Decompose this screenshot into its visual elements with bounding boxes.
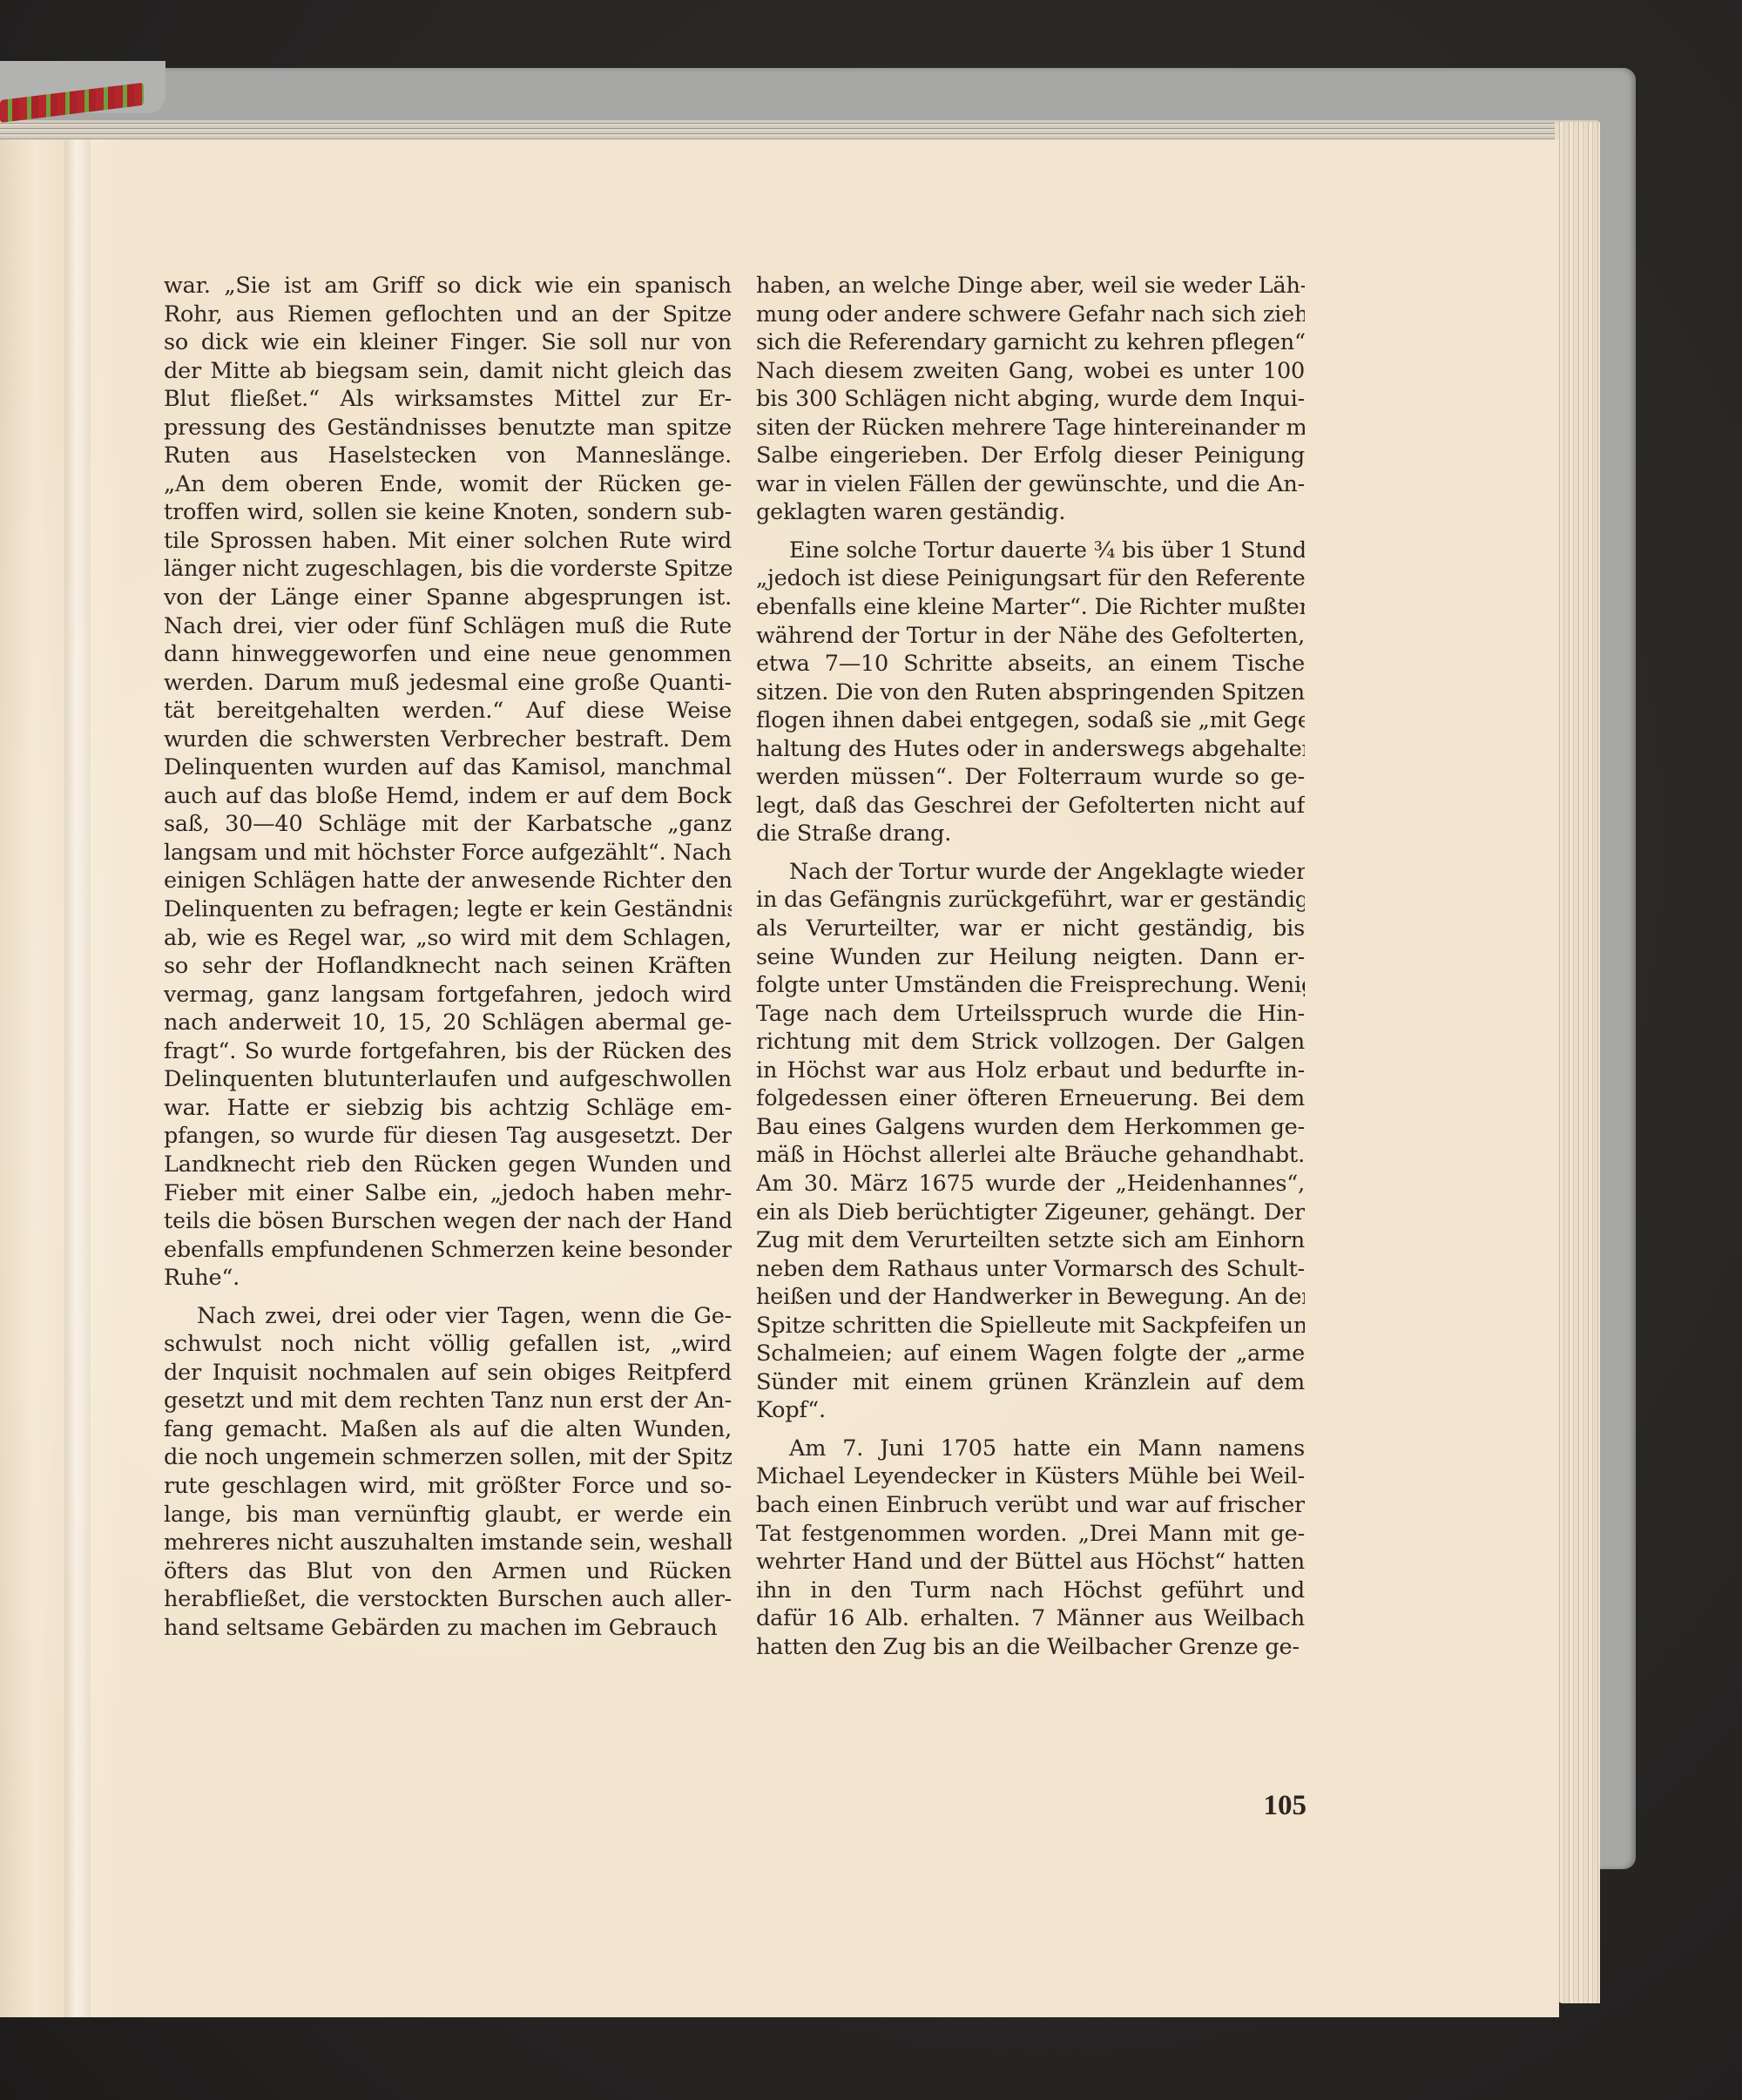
text-line: sich die Referendary garnicht zu kehren … — [756, 328, 1305, 357]
text-line: Am 30. März 1675 wurde der „Heidenhannes… — [756, 1170, 1305, 1199]
text-line: gesetzt und mit dem rechten Tanz nun ers… — [164, 1387, 732, 1415]
text-line: Nach diesem zweiten Gang, wobei es unter… — [756, 357, 1305, 386]
text-line: „jedoch ist diese Peinigungsart für den … — [756, 564, 1305, 593]
text-line: dafür 16 Alb. erhalten. 7 Männer aus Wei… — [756, 1604, 1305, 1633]
text-line: haltung des Hutes oder in anderswegs abg… — [756, 735, 1305, 764]
text-line: Schalmeien; auf einem Wagen folgte der „… — [756, 1340, 1305, 1368]
paragraph: Eine solche Tortur dauerte ¾ bis über 1 … — [756, 537, 1305, 848]
text-line: war in vielen Fällen der gewünschte, und… — [756, 470, 1305, 499]
text-line: hand seltsame Gebärden zu machen im Gebr… — [164, 1614, 732, 1643]
text-line: lange, bis man vernünftig glaubt, er wer… — [164, 1501, 732, 1529]
text-line: Tage nach dem Urteilsspruch wurde die Hi… — [756, 1000, 1305, 1029]
text-line: länger nicht zugeschlagen, bis die vorde… — [164, 555, 732, 584]
text-line: Delinquenten zu befragen; legte er kein … — [164, 895, 732, 924]
text-line: werden. Darum muß jedesmal eine große Qu… — [164, 669, 732, 698]
text-line: werden müssen“. Der Folterraum wurde so … — [756, 763, 1305, 792]
text-line: Kopf“. — [756, 1396, 1305, 1425]
text-line: flogen ihnen dabei entgegen, sodaß sie „… — [756, 706, 1305, 735]
text-line: in das Gefängnis zurückgeführt, war er g… — [756, 886, 1305, 915]
text-line: pfangen, so wurde für diesen Tag ausgese… — [164, 1122, 732, 1151]
text-line: dann hinweggeworfen und eine neue genomm… — [164, 640, 732, 669]
text-line: etwa 7—10 Schritte abseits, an einem Tis… — [756, 650, 1305, 679]
text-line: folgedessen einer öfteren Erneuerung. Be… — [756, 1084, 1305, 1113]
text-line: wurden die schwersten Verbrecher bestraf… — [164, 726, 732, 754]
text-line: „An dem oberen Ende, womit der Rücken ge… — [164, 470, 732, 499]
text-line: troffen wird, sollen sie keine Knoten, s… — [164, 498, 732, 527]
text-line: Ruhe“. — [164, 1264, 732, 1293]
text-line: Landknecht rieb den Rücken gegen Wunden … — [164, 1151, 732, 1179]
left-text-column: war. „Sie ist am Griff so dick wie ein s… — [164, 272, 732, 1642]
text-line: ebenfalls eine kleine Marter“. Die Richt… — [756, 593, 1305, 622]
text-line: fang gemacht. Maßen als auf die alten Wu… — [164, 1415, 732, 1444]
text-line: sitzen. Die von den Ruten abspringenden … — [756, 679, 1305, 707]
text-line: saß, 30—40 Schläge mit der Karbatsche „g… — [164, 810, 732, 839]
text-line: tile Sprossen haben. Mit einer solchen R… — [164, 527, 732, 556]
text-line: bis 300 Schlägen nicht abging, wurde dem… — [756, 385, 1305, 414]
page-gutter-fold — [64, 139, 91, 2017]
text-line: so dick wie ein kleiner Finger. Sie soll… — [164, 328, 732, 357]
text-line: auch auf das bloße Hemd, indem er auf de… — [164, 782, 732, 811]
right-text-column: haben, an welche Dinge aber, weil sie we… — [756, 272, 1305, 1661]
text-line: neben dem Rathaus unter Vormarsch des Sc… — [756, 1255, 1305, 1284]
text-line: Delinquenten wurden auf das Kamisol, man… — [164, 753, 732, 782]
text-line: ihn in den Turm nach Höchst geführt und — [756, 1577, 1305, 1605]
text-line: tät bereitgehalten werden.“ Auf diese We… — [164, 697, 732, 726]
text-line: ebenfalls empfundenen Schmerzen keine be… — [164, 1236, 732, 1265]
text-line: ab, wie es Regel war, „so wird mit dem S… — [164, 924, 732, 953]
text-line: seine Wunden zur Heilung neigten. Dann e… — [756, 943, 1305, 972]
text-line: so sehr der Hoflandknecht nach seinen Kr… — [164, 952, 732, 981]
text-line: Nach drei, vier oder fünf Schlägen muß d… — [164, 612, 732, 641]
text-line: wehrter Hand und der Büttel aus Höchst“ … — [756, 1548, 1305, 1577]
page-stack-right-edge — [1555, 122, 1600, 2003]
text-line: Delinquenten blutunterlaufen und aufgesc… — [164, 1065, 732, 1094]
text-line: folgte unter Umständen die Freisprechung… — [756, 971, 1305, 1000]
paragraph: Nach der Tortur wurde der Angeklagte wie… — [756, 858, 1305, 1425]
text-line: Rohr, aus Riemen geflochten und an der S… — [164, 300, 732, 329]
text-line: pressung des Geständnisses benutzte man … — [164, 414, 732, 442]
text-line: vermag, ganz langsam fortgefahren, jedoc… — [164, 981, 732, 1009]
text-line: einigen Schlägen hatte der anwesende Ric… — [164, 867, 732, 895]
text-line: fragt“. So wurde fortgefahren, bis der R… — [164, 1037, 732, 1066]
text-line: in Höchst war aus Holz erbaut und bedurf… — [756, 1057, 1305, 1085]
text-line: war. Hatte er siebzig bis achtzig Schläg… — [164, 1094, 732, 1123]
text-line: war. „Sie ist am Griff so dick wie ein s… — [164, 272, 732, 300]
text-line: haben, an welche Dinge aber, weil sie we… — [756, 272, 1305, 300]
page-number: 105 — [1239, 1790, 1306, 1822]
text-line: mehreres nicht auszuhalten imstande sein… — [164, 1529, 732, 1557]
text-line: Michael Leyendecker in Küsters Mühle bei… — [756, 1462, 1305, 1491]
text-line: der Mitte ab biegsam sein, damit nicht g… — [164, 357, 732, 386]
text-line: Sünder mit einem grünen Kränzlein auf de… — [756, 1368, 1305, 1397]
text-line: richtung mit dem Strick vollzogen. Der G… — [756, 1028, 1305, 1057]
text-line: Spitze schritten die Spielleute mit Sack… — [756, 1312, 1305, 1340]
text-line: rute geschlagen wird, mit größter Force … — [164, 1472, 732, 1501]
text-line: Nach zwei, drei oder vier Tagen, wenn di… — [164, 1302, 732, 1331]
text-line: Nach der Tortur wurde der Angeklagte wie… — [756, 858, 1305, 887]
text-line: langsam und mit höchster Force aufgezähl… — [164, 839, 732, 868]
text-line: Blut fließet.“ Als wirksamstes Mittel zu… — [164, 385, 732, 414]
text-line: Zug mit dem Verurteilten setzte sich am … — [756, 1226, 1305, 1255]
text-line: herabfließet, die verstockten Burschen a… — [164, 1585, 732, 1614]
paragraph: war. „Sie ist am Griff so dick wie ein s… — [164, 272, 732, 1293]
text-line: während der Tortur in der Nähe des Gefol… — [756, 622, 1305, 651]
paragraph: haben, an welche Dinge aber, weil sie we… — [756, 272, 1305, 527]
text-line: Bau eines Galgens wurden dem Herkommen g… — [756, 1113, 1305, 1142]
paragraph: Am 7. Juni 1705 hatte ein Mann namensMic… — [756, 1435, 1305, 1661]
text-line: schwulst noch nicht völlig gefallen ist,… — [164, 1330, 732, 1359]
text-line: teils die bösen Burschen wegen der nach … — [164, 1207, 732, 1236]
text-line: von der Länge einer Spanne abgesprungen … — [164, 584, 732, 612]
text-line: Fieber mit einer Salbe ein, „jedoch habe… — [164, 1179, 732, 1208]
text-line: nach anderweit 10, 15, 20 Schlägen aberm… — [164, 1009, 732, 1037]
text-line: ein als Dieb berüchtigter Zigeuner, gehä… — [756, 1199, 1305, 1227]
text-line: heißen und der Handwerker in Bewegung. A… — [756, 1283, 1305, 1312]
text-line: mäß in Höchst allerlei alte Bräuche geha… — [756, 1141, 1305, 1170]
text-line: Tat festgenommen worden. „Drei Mann mit … — [756, 1520, 1305, 1549]
page-stack-top-edge — [0, 120, 1598, 141]
text-line: die noch ungemein schmerzen sollen, mit … — [164, 1443, 732, 1472]
text-line: Ruten aus Haselstecken von Manneslänge. — [164, 442, 732, 470]
text-line: hatten den Zug bis an die Weilbacher Gre… — [756, 1633, 1305, 1662]
text-line: geklagten waren geständig. — [756, 498, 1305, 527]
text-line: die Straße drang. — [756, 820, 1305, 848]
text-line: siten der Rücken mehrere Tage hintereina… — [756, 414, 1305, 442]
text-line: Am 7. Juni 1705 hatte ein Mann namens — [756, 1435, 1305, 1463]
paragraph: Nach zwei, drei oder vier Tagen, wenn di… — [164, 1302, 732, 1643]
text-line: Eine solche Tortur dauerte ¾ bis über 1 … — [756, 537, 1305, 565]
text-line: als Verurteilter, war er nicht geständig… — [756, 915, 1305, 943]
text-line: Salbe eingerieben. Der Erfolg dieser Pei… — [756, 442, 1305, 470]
text-line: öfters das Blut von den Armen und Rücken — [164, 1557, 732, 1586]
text-line: der Inquisit nochmalen auf sein obiges R… — [164, 1359, 732, 1388]
text-line: bach einen Einbruch verübt und war auf f… — [756, 1491, 1305, 1520]
text-line: legt, daß das Geschrei der Gefolterten n… — [756, 792, 1305, 820]
text-line: mung oder andere schwere Gefahr nach sic… — [756, 300, 1305, 329]
